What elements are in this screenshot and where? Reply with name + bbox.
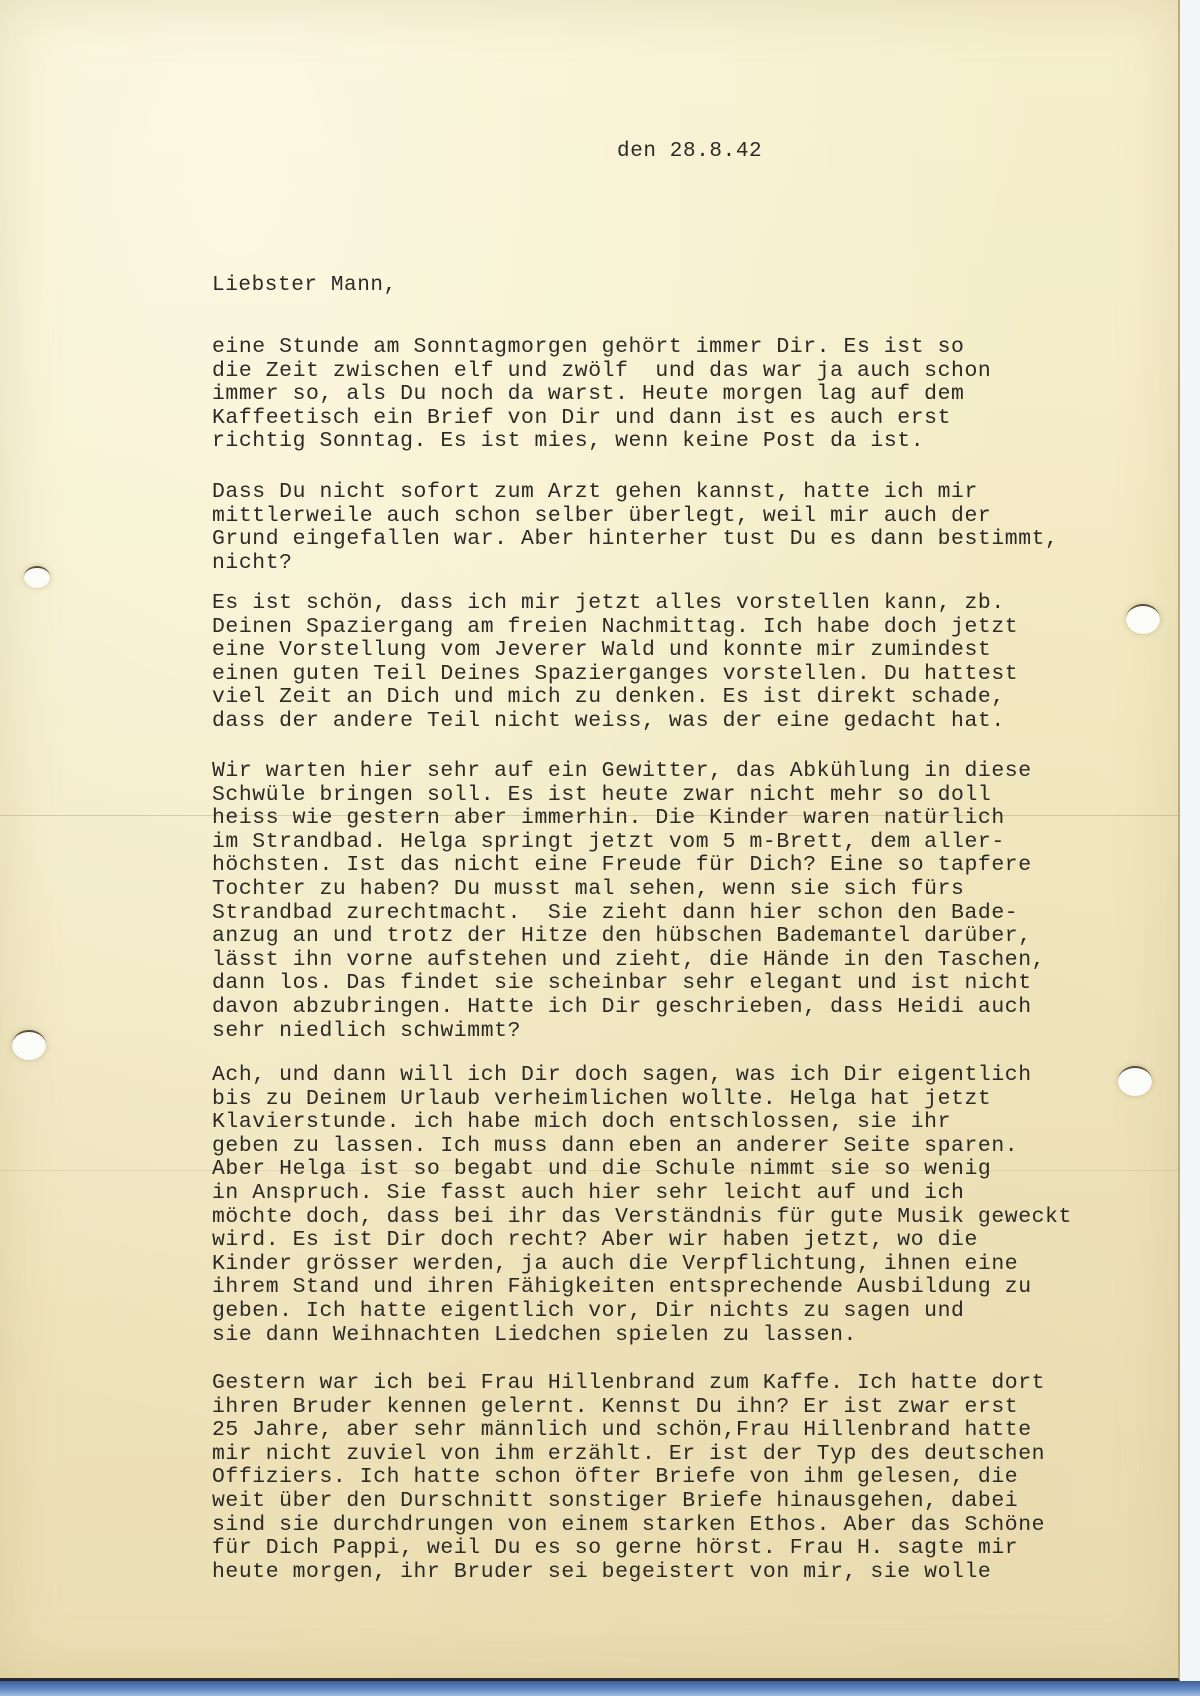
text-line: Kaffeetisch ein Brief von Dir und dann i…: [212, 407, 1172, 431]
text-line: Grund eingefallen war. Aber hinterher tu…: [212, 528, 1172, 552]
text-line: bis zu Deinem Urlaub verheimlichen wollt…: [212, 1088, 1172, 1112]
text-line: dann los. Das findet sie scheinbar sehr …: [212, 972, 1172, 996]
text-line: dass der andere Teil nicht weiss, was de…: [212, 710, 1172, 734]
text-line: einen guten Teil Deines Spazierganges vo…: [212, 663, 1172, 687]
text-line: 25 Jahre, aber sehr männlich und schön,F…: [212, 1419, 1172, 1443]
letter-page: den 28.8.42 Liebster Mann, eine Stunde a…: [0, 0, 1180, 1681]
text-line: möchte doch, dass bei ihr das Verständni…: [212, 1206, 1172, 1230]
letter-paragraph: Wir warten hier sehr auf ein Gewitter, d…: [212, 760, 1172, 1043]
text-line: immer so, als Du noch da warst. Heute mo…: [212, 383, 1172, 407]
text-line: eine Vorstellung vom Jeverer Wald und ko…: [212, 639, 1172, 663]
text-line: Es ist schön, dass ich mir jetzt alles v…: [212, 592, 1172, 616]
text-line: Tochter zu haben? Du musst mal sehen, we…: [212, 878, 1172, 902]
text-line: eine Stunde am Sonntagmorgen gehört imme…: [212, 336, 1172, 360]
text-line: anzug an und trotz der Hitze den hübsche…: [212, 925, 1172, 949]
text-line: Ach, und dann will ich Dir doch sagen, w…: [212, 1064, 1172, 1088]
text-line: ihrem Stand und ihren Fähigkeiten entspr…: [212, 1276, 1172, 1300]
scan-bottom-edge: [0, 1681, 1200, 1696]
letter-salutation: Liebster Mann,: [212, 274, 397, 297]
punch-hole-left-bottom: [12, 1030, 46, 1060]
text-line: Klavierstunde. ich habe mich doch entsch…: [212, 1111, 1172, 1135]
letter-date: den 28.8.42: [617, 140, 762, 163]
text-line: für Dich Pappi, weil Du es so gerne hörs…: [212, 1537, 1172, 1561]
text-line: mittlerweile auch schon selber überlegt,…: [212, 505, 1172, 529]
text-line: Gestern war ich bei Frau Hillenbrand zum…: [212, 1372, 1172, 1396]
text-line: sind sie durchdrungen von einem starken …: [212, 1514, 1172, 1538]
text-line: ihren Bruder kennen gelernt. Kennst Du i…: [212, 1396, 1172, 1420]
text-line: die Zeit zwischen elf und zwölf und das …: [212, 360, 1172, 384]
text-line: weit über den Durschnitt sonstiger Brief…: [212, 1490, 1172, 1514]
text-line: wird. Es ist Dir doch recht? Aber wir ha…: [212, 1229, 1172, 1253]
text-line: heute morgen, ihr Bruder sei begeistert …: [212, 1561, 1172, 1585]
text-line: richtig Sonntag. Es ist mies, wenn keine…: [212, 430, 1172, 454]
text-line: davon abzubringen. Hatte ich Dir geschri…: [212, 996, 1172, 1020]
text-line: Kinder grösser werden, ja auch die Verpf…: [212, 1253, 1172, 1277]
scan-background: [1180, 0, 1200, 1681]
text-line: sie dann Weihnachten Liedchen spielen zu…: [212, 1324, 1172, 1348]
text-line: in Anspruch. Sie fasst auch hier sehr le…: [212, 1182, 1172, 1206]
letter-paragraph: eine Stunde am Sonntagmorgen gehört imme…: [212, 336, 1172, 454]
text-line: sehr niedlich schwimmt?: [212, 1020, 1172, 1044]
letter-paragraph: Es ist schön, dass ich mir jetzt alles v…: [212, 592, 1172, 734]
text-line: Deinen Spaziergang am freien Nachmittag.…: [212, 616, 1172, 640]
text-line: Wir warten hier sehr auf ein Gewitter, d…: [212, 760, 1172, 784]
text-line: geben. Ich hatte eigentlich vor, Dir nic…: [212, 1300, 1172, 1324]
text-line: Offiziers. Ich hatte schon öfter Briefe …: [212, 1466, 1172, 1490]
text-line: heiss wie gestern aber immerhin. Die Kin…: [212, 807, 1172, 831]
text-line: Strandbad zurechtmacht. Sie zieht dann h…: [212, 902, 1172, 926]
letter-paragraph: Dass Du nicht sofort zum Arzt gehen kann…: [212, 481, 1172, 575]
letter-paragraph: Ach, und dann will ich Dir doch sagen, w…: [212, 1064, 1172, 1347]
text-line: Aber Helga ist so begabt und die Schule …: [212, 1158, 1172, 1182]
text-line: mir nicht zuviel von ihm erzählt. Er ist…: [212, 1443, 1172, 1467]
text-line: Schwüle bringen soll. Es ist heute zwar …: [212, 784, 1172, 808]
text-line: Dass Du nicht sofort zum Arzt gehen kann…: [212, 481, 1172, 505]
letter-paragraph: Gestern war ich bei Frau Hillenbrand zum…: [212, 1372, 1172, 1584]
text-line: lässt ihn vorne aufstehen und zieht, die…: [212, 949, 1172, 973]
punch-hole-left-top: [24, 566, 50, 588]
text-line: geben zu lassen. Ich muss dann eben an a…: [212, 1135, 1172, 1159]
text-line: im Strandbad. Helga springt jetzt vom 5 …: [212, 831, 1172, 855]
text-line: viel Zeit an Dich und mich zu denken. Es…: [212, 686, 1172, 710]
text-line: nicht?: [212, 552, 1172, 576]
text-line: höchsten. Ist das nicht eine Freude für …: [212, 854, 1172, 878]
